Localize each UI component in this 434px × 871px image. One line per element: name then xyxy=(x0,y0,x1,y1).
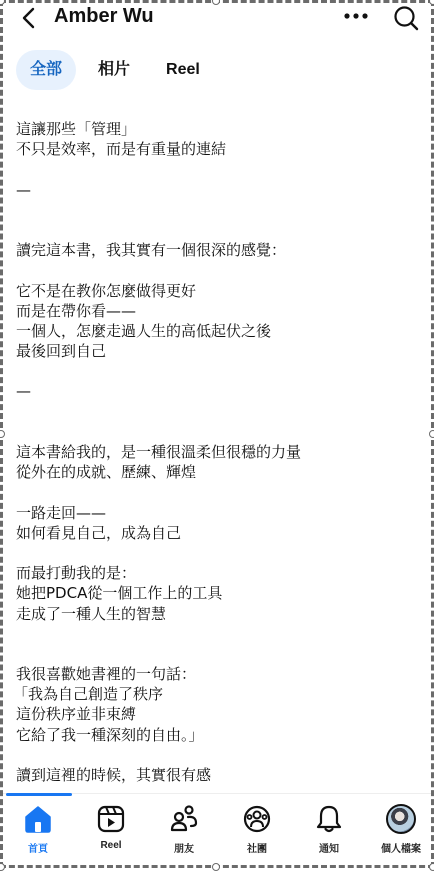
post-line: 這本書給我的，是一種很溫柔但很穩的力量 xyxy=(16,442,416,462)
post-line: 它給了我一種深刻的自由。」 xyxy=(16,725,416,745)
post-text: 這讓那些「管理」 不只是效率，而是有重量的連結 — 讀完這本書，我其實有一個很深… xyxy=(16,119,416,785)
search-icon[interactable] xyxy=(393,5,419,31)
nav-home[interactable]: 首頁 xyxy=(2,804,74,864)
tab-reel[interactable]: Reel xyxy=(152,50,214,90)
nav-label: 通知 xyxy=(319,840,339,855)
profile-header: Amber Wu xyxy=(0,0,434,40)
resize-handle-bottom-right[interactable] xyxy=(429,863,434,868)
nav-notifications[interactable]: 通知 xyxy=(293,804,365,864)
post-line: 「我為自己創造了秩序 xyxy=(13,684,416,704)
nav-label: 朋友 xyxy=(174,840,194,855)
resize-handle-bottom-left[interactable] xyxy=(0,863,5,868)
nav-reel[interactable]: Reel xyxy=(75,804,147,864)
tab-photos[interactable]: 相片 xyxy=(84,50,144,90)
post-line xyxy=(16,260,416,280)
post-line xyxy=(16,402,416,422)
resize-handle-bottom[interactable] xyxy=(212,863,220,868)
nav-label: 首頁 xyxy=(28,840,48,855)
avatar xyxy=(386,804,416,834)
active-tab-indicator xyxy=(6,793,72,796)
reel-icon xyxy=(96,804,126,834)
separator-dash: — xyxy=(16,180,416,200)
more-horizontal-icon[interactable] xyxy=(343,12,369,20)
post-line xyxy=(16,422,416,442)
post-line xyxy=(16,644,416,664)
post-line xyxy=(16,624,416,644)
resize-handle-top-right[interactable] xyxy=(429,0,434,5)
page-title: Amber Wu xyxy=(54,5,154,28)
home-icon xyxy=(23,804,53,834)
post-line: 最後回到自己 xyxy=(16,341,416,361)
resize-handle-right[interactable] xyxy=(429,430,434,438)
separator-dash: — xyxy=(16,381,416,401)
post-line: 她把PDCA從一個工作上的工具 xyxy=(16,583,416,603)
post-line: 這份秩序並非束縛 xyxy=(16,704,416,724)
post-line: 我很喜歡她書裡的一句話： xyxy=(16,664,416,684)
friends-icon xyxy=(169,804,199,834)
post-line xyxy=(16,220,416,240)
nav-label: Reel xyxy=(100,840,121,851)
nav-profile[interactable]: 個人檔案 xyxy=(365,804,434,864)
nav-label: 個人檔案 xyxy=(381,840,421,855)
post-line: 一路走回—— xyxy=(16,503,416,523)
post-line: 而最打動我的是： xyxy=(16,563,416,583)
post-line: 這讓那些「管理」 xyxy=(16,119,416,139)
post-line xyxy=(16,482,416,502)
post-line xyxy=(16,159,416,179)
tab-all[interactable]: 全部 xyxy=(16,50,76,90)
post-line: 讀到這裡的時候，其實很有感 xyxy=(16,765,416,785)
nav-friends[interactable]: 朋友 xyxy=(148,804,220,864)
post-line xyxy=(16,543,416,563)
resize-handle-left[interactable] xyxy=(0,430,5,438)
post-line: 它不是在教你怎麼做得更好 xyxy=(16,281,416,301)
post-line: 如何看見自己，成為自己 xyxy=(16,523,416,543)
groups-icon xyxy=(242,804,272,834)
content-filter-tabs: 全部 相片 Reel xyxy=(16,50,214,90)
bottom-navigation: 首頁 Reel 朋友 社團 xyxy=(0,793,434,868)
post-line: 而是在帶你看—— xyxy=(16,301,416,321)
post-line xyxy=(16,200,416,220)
post-line: 走成了一種人生的智慧 xyxy=(16,604,416,624)
post-line: 從外在的成就、歷練、輝煌 xyxy=(16,462,416,482)
post-line: 讀完這本書，我其實有一個很深的感覺： xyxy=(16,240,416,260)
post-line: 一個人，怎麼走過人生的高低起伏之後 xyxy=(16,321,416,341)
nav-label: 社團 xyxy=(247,840,267,855)
nav-groups[interactable]: 社團 xyxy=(221,804,293,864)
post-line xyxy=(16,745,416,765)
chevron-left-icon[interactable] xyxy=(20,6,38,30)
post-line: 不只是效率，而是有重量的連結 xyxy=(16,139,416,159)
bell-icon xyxy=(314,804,344,834)
post-line xyxy=(16,361,416,381)
